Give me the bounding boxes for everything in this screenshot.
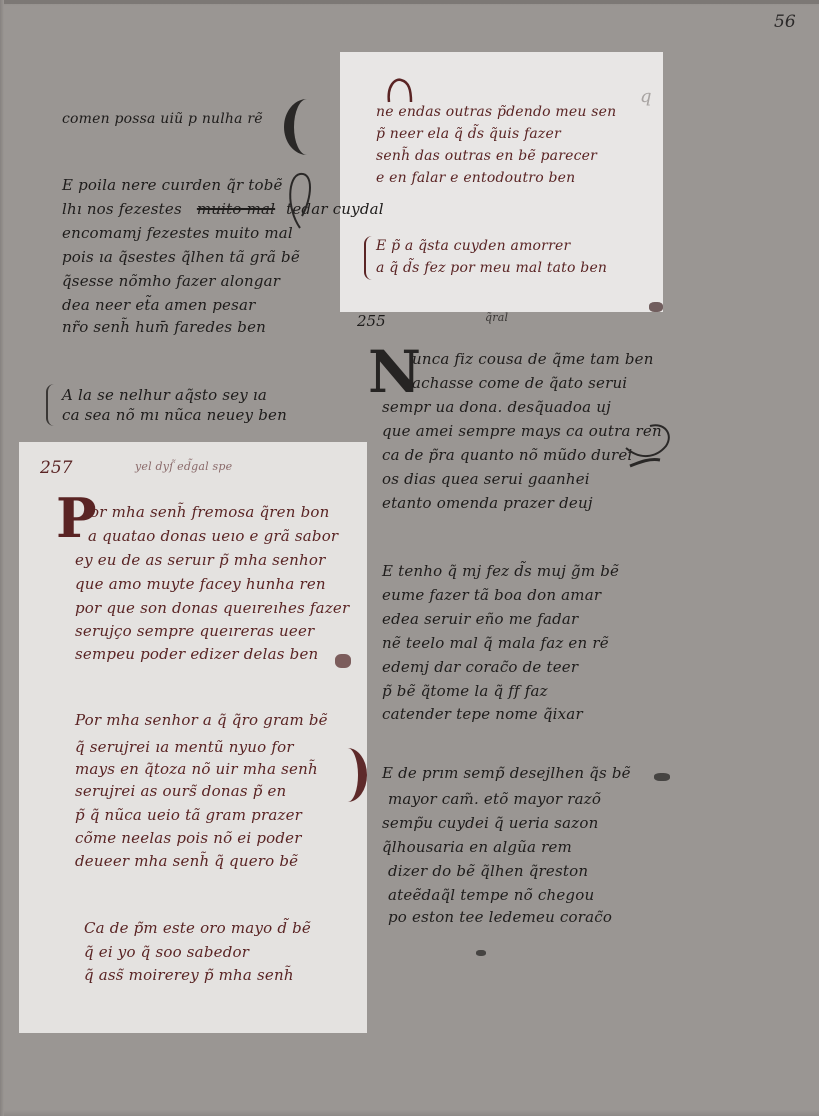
scroll-flourish-icon xyxy=(620,418,680,472)
initial-s-flourish-icon xyxy=(385,76,415,106)
verse-line: deueer mha senh̃ q̃ quero bẽ xyxy=(75,852,298,870)
verse-text: lhı nos fezestes xyxy=(62,200,182,218)
decorated-initial-half-d xyxy=(328,748,367,802)
verse-line: ca sea nõ mı nũca neuey ben xyxy=(62,406,287,424)
verse-line: serujrei as ours̃ donas p̃ en xyxy=(75,782,286,800)
verse-line: catender tepe nome q̃ixar xyxy=(382,705,583,723)
verse-line: q̃lhousaria en algũa rem xyxy=(382,838,572,856)
verse-line: dea neer et̃a amen pesar xyxy=(62,296,256,314)
verse-line: sempeu poder edizer delas ben xyxy=(75,645,318,663)
verse-line: q̃ ass̃ moirerey p̃ mha senh̃ xyxy=(84,966,294,984)
verse-line: A la se nelhur aq̃sto sey ıa xyxy=(62,386,267,404)
verse-line: E de prım semp̃ desejlhen q̃s bẽ xyxy=(382,764,631,782)
verse-line: cõme neelas pois nõ ei poder xyxy=(75,829,302,847)
fiinda-bracket xyxy=(364,236,374,280)
verse-line: edemj dar corac̃o de teer xyxy=(382,658,578,676)
manuscript-page: 56 comen possa uiũ p nulha rẽ E poila … xyxy=(0,0,819,1116)
verse-line: nr̃o senh̃ hum̄ faredes ben xyxy=(62,318,266,336)
verse-line: ne endas outras p̃dendo meu sen xyxy=(376,104,616,120)
ink-blot xyxy=(649,302,663,312)
verse-line: semp̃u cuydei q̃ ueria sazon xyxy=(382,814,598,832)
verse-line: po eston tee ledemeu corac̃o xyxy=(388,908,612,926)
verse-line: Ca de p̃m este oro mayo d̃ bẽ xyxy=(84,919,311,937)
verse-line: que amo muyte facey hunha ren xyxy=(75,575,326,593)
verse-line: ateẽdaq̃l tempe nõ chegou xyxy=(388,886,594,904)
verse-line: p̃ q̃ nũca ueio tã gram prazer xyxy=(75,806,302,824)
verse-line: Por mha senhor a q̃ q̃ro gram bẽ xyxy=(75,711,328,729)
verse-line: p̃ bẽ q̃tome la q̃ ff faz xyxy=(382,682,548,700)
verse-line: sempr ua dona. desq̃uadoa uj xyxy=(382,398,611,416)
poem-number-257: 257 xyxy=(40,458,72,478)
verse-line: a q̃ d̃s fez por meu mal tato ben xyxy=(376,260,607,276)
verse-line: mays en q̃toza nõ uir mha senh̃ xyxy=(75,760,318,778)
verse-line: pois ıa q̃sestes q̃lhen tã grã bẽ xyxy=(62,248,300,266)
rubric-note: q̃ral xyxy=(485,311,508,324)
left-top-line: comen possa uiũ p nulha rẽ xyxy=(62,111,263,127)
verse-line: q̃ ei yo q̃ soo sabedor xyxy=(84,943,249,961)
verse-line: q̃sesse nõmho fazer alongar xyxy=(62,272,280,290)
ink-mark xyxy=(476,950,486,956)
struck-text: muito mal xyxy=(197,200,275,218)
verse-line: E poila nere cuırden q̃r tobẽ xyxy=(62,176,283,194)
verse-line: a quatao donas ueıo e grã sabor xyxy=(88,527,338,545)
poem-number-255: 255 xyxy=(357,312,386,330)
folio-number: 56 xyxy=(774,12,796,32)
verse-line: achasse come de q̃ato serui xyxy=(412,374,627,392)
verse-line: nẽ teelo mal q̃ mala faz en rẽ xyxy=(382,634,609,652)
verse-line: senh̃ das outras en bẽ parecer xyxy=(376,148,597,164)
verse-line: eume fazer tã boa don amar xyxy=(382,586,601,604)
verse-line: edea seruir eño me fadar xyxy=(382,610,578,628)
rubric-note: yel dyſ̃ ed̃gal spe xyxy=(135,460,232,473)
fiinda-bracket xyxy=(46,384,56,426)
verse-line: e en falar e entodoutro ben xyxy=(376,170,575,186)
ink-blot xyxy=(335,654,351,668)
verse-line: q̃ serujrei ıa mentũ nyuo for xyxy=(75,738,294,756)
verse-line: etanto omenda prazer deuj xyxy=(382,494,593,512)
decorated-initial-half-o xyxy=(284,99,330,155)
ascender-flourish-icon xyxy=(282,168,322,238)
margin-mark: q xyxy=(640,86,652,107)
verse-line: unca fiz cousa de q̃me tam ben xyxy=(412,350,654,368)
verse-line: serujço sempre queıreras ueer xyxy=(75,622,314,640)
verse-line: dizer do bẽ q̃lhen q̃reston xyxy=(388,862,588,880)
verse-line: mayor cam̃. etõ mayor razõ xyxy=(388,790,601,808)
page-top-edge xyxy=(0,0,819,4)
verse-line: E tenho q̃ mj fez d̃s muj g̃m bẽ xyxy=(382,562,619,580)
verse-line: p̃ neer ela q̃ d̃s q̃uis fazer xyxy=(376,126,561,142)
page-left-edge xyxy=(0,0,4,1116)
ink-blot xyxy=(654,773,670,781)
verse-line: os dias quea serui gaanhei xyxy=(382,470,590,488)
verse-line: ey eu de as seruır p̃ mha senhor xyxy=(75,551,326,569)
verse-line: encomamj fezestes muito mal xyxy=(62,224,293,242)
verse-line: ca de p̃ra quanto nõ mũdo durei xyxy=(382,446,632,464)
verse-line: or mha senh̃ fremosa q̃ren bon xyxy=(90,503,329,521)
verse-line: lhı nos fezestes muito mal tedar cuydal xyxy=(62,200,384,218)
verse-line: por que son donas queıreıhes fazer xyxy=(75,599,349,617)
verse-line: E p̃ a q̃sta cuyden amorrer xyxy=(376,238,570,254)
